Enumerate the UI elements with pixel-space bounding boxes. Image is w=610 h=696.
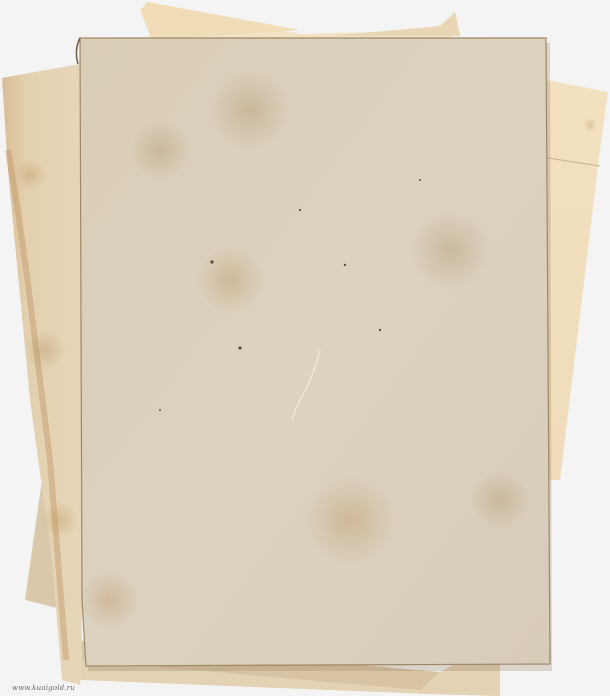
- back-top-sheet: [140, 2, 460, 40]
- paper-stack-illustration: [0, 0, 610, 696]
- watermark-text: www.kuaigold.ru: [12, 684, 75, 692]
- paper-stack: [0, 0, 610, 696]
- right-sheet: [546, 80, 608, 480]
- front-sheet: [76, 38, 550, 666]
